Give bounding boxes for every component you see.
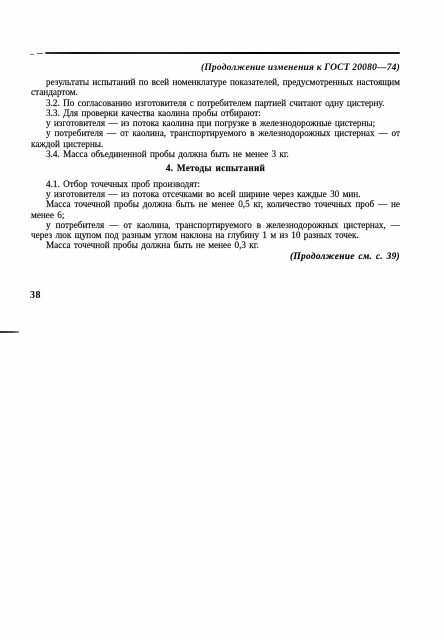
clause-4-1-mass-note: Масса точечной пробы должна быть не мене… <box>31 199 400 220</box>
clause-4-1-item-manufacturer: у изготовителя — из потока отсечками во … <box>31 189 400 199</box>
continuation-header-note: (Продолжение изменения к ГОСТ 20080—74) <box>31 62 400 74</box>
rule-dash-artifact <box>30 54 34 55</box>
scan-edge-artifact <box>0 331 19 333</box>
page-number: 38 <box>30 290 41 301</box>
clause-3-2: 3.2. По согласованию изготовителя с потр… <box>31 98 400 108</box>
clause-3-3-item-consumer: у потребителя — от каолина, транспортиру… <box>31 128 400 149</box>
clause-3-4: 3.4. Масса объединенной пробы должна быт… <box>31 149 400 159</box>
rule-dash-artifact <box>37 53 43 54</box>
clause-4-1-mass-note-2: Масса точечной пробы должна быть не мене… <box>31 240 400 250</box>
section-heading-test-methods: 4. Методы испытаний <box>31 163 400 173</box>
clause-3-3: 3.3. Для проверки качества каолина пробы… <box>31 108 400 118</box>
clause-4-1: 4.1. Отбор точечных проб производят: <box>31 179 400 189</box>
document-body: результаты испытаний по всей номенклатур… <box>31 77 400 262</box>
continuation-footer-note: (Продолжение см. с. 39) <box>31 252 400 262</box>
clause-3-3-item-manufacturer: у изготовителя — из потока каолина при п… <box>31 118 400 128</box>
paragraph-continuation: результаты испытаний по всей номенклатур… <box>31 77 400 98</box>
clause-4-1-item-consumer: у потребителя — от каолина, транспортиру… <box>31 220 400 241</box>
header-rule <box>45 52 400 54</box>
document-page: (Продолжение изменения к ГОСТ 20080—74) … <box>0 0 444 640</box>
